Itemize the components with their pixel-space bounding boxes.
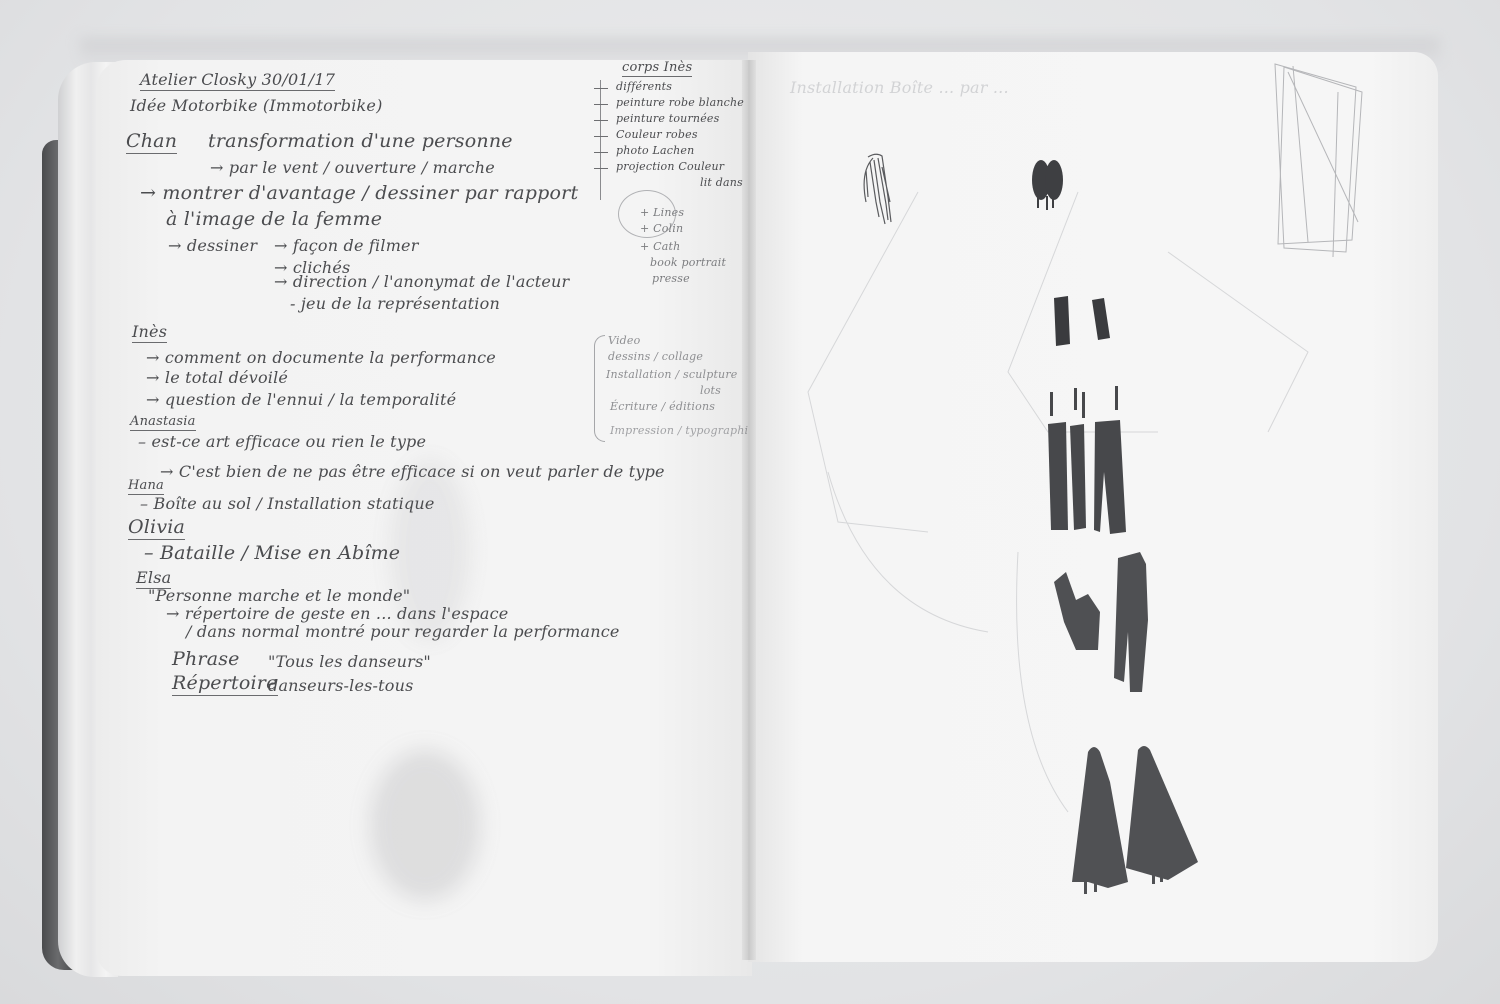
margin-list-item: peinture tournées xyxy=(616,112,719,125)
margin-note: Video xyxy=(608,334,640,347)
margin-list-item: différents xyxy=(616,80,672,93)
crouching-standing-figures-drawing xyxy=(1054,552,1148,692)
note-line: → C'est bien de ne pas être efficace si … xyxy=(160,462,665,481)
note-line: transformation d'une personne xyxy=(208,130,513,152)
note-line: → par le vent / ouverture / marche xyxy=(210,158,495,177)
cloaked-figures-drawing xyxy=(1072,746,1198,894)
note-heading: Olivia xyxy=(128,516,185,540)
note-line: / dans normal montré pour regarder la pe… xyxy=(186,622,620,641)
margin-note: Installation / sculpture xyxy=(606,368,738,381)
note-line: à l'image de la femme xyxy=(166,208,382,230)
pair-small-figures-drawing xyxy=(1032,160,1063,210)
note-heading: Inès xyxy=(132,322,167,343)
margin-list-item: projection Couleur xyxy=(616,160,724,173)
list-tick xyxy=(594,168,608,169)
note-line: → direction / l'anonymat de l'acteur xyxy=(274,272,569,291)
note-line: - jeu de la représentation xyxy=(290,294,500,313)
note-label: Phrase xyxy=(172,648,240,670)
page-header-title: Atelier Closky 30/01/17 xyxy=(140,70,335,91)
list-tick xyxy=(594,104,608,105)
note-line: → comment on documente la performance xyxy=(146,348,496,367)
margin-note: + Colin xyxy=(640,222,683,235)
margin-list-item: lit dans xyxy=(700,176,743,189)
note-line: → répertoire de geste en ... dans l'espa… xyxy=(166,604,508,623)
note-line: → dessiner xyxy=(168,236,257,255)
pair-block-figures-drawing xyxy=(1054,296,1110,346)
margin-bracket xyxy=(594,335,605,442)
note-label: Répertoire xyxy=(172,672,278,696)
margin-list-item: photo Lachen xyxy=(616,144,694,157)
list-tick xyxy=(594,88,608,89)
margin-list-item: Couleur robes xyxy=(616,128,698,141)
margin-list-bar xyxy=(600,80,601,200)
note-heading: Hana xyxy=(128,478,164,495)
list-tick xyxy=(594,120,608,121)
list-tick xyxy=(594,136,608,137)
page-header-subtitle: Idée Motorbike (Immotorbike) xyxy=(130,96,383,115)
scribbled-figure-drawing xyxy=(864,154,891,224)
note-value: "Tous les danseurs" xyxy=(268,652,431,671)
margin-note: + Cath xyxy=(640,240,680,253)
note-heading: Chan xyxy=(126,130,177,154)
margin-note: book portrait xyxy=(650,256,726,269)
margin-note: + Lines xyxy=(640,206,684,219)
margin-list-title: corps Inès xyxy=(622,60,692,77)
sketched-square-drawing xyxy=(1275,64,1362,257)
note-line: – est-ce art efficace ou rien le type xyxy=(138,432,426,451)
note-line: → le total dévoilé xyxy=(146,368,288,387)
note-value: danseurs-les-tous xyxy=(268,676,414,695)
note-line: → montrer d'avantage / dessiner par rapp… xyxy=(140,182,578,204)
margin-note: Écriture / éditions xyxy=(610,400,715,413)
margin-note: dessins / collage xyxy=(608,350,703,363)
graphite-smudge xyxy=(370,750,480,900)
margin-note: lots xyxy=(700,384,721,397)
margin-note: presse xyxy=(652,272,690,285)
note-line: → question de l'ennui / la temporalité xyxy=(146,390,456,409)
note-line: – Bataille / Mise en Abîme xyxy=(144,542,400,564)
list-tick xyxy=(594,152,608,153)
margin-list-item: peinture robe blanche xyxy=(616,96,744,109)
note-line: → façon de filmer xyxy=(274,236,419,255)
pencil-drawings xyxy=(748,52,1438,962)
margin-note: Impression / typographie xyxy=(610,424,755,437)
note-heading: Anastasia xyxy=(130,414,196,431)
note-line: – Boîte au sol / Installation statique xyxy=(140,494,435,513)
pair-tall-figures-drawing xyxy=(1048,386,1126,534)
note-line: "Personne marche et le monde" xyxy=(148,586,410,605)
